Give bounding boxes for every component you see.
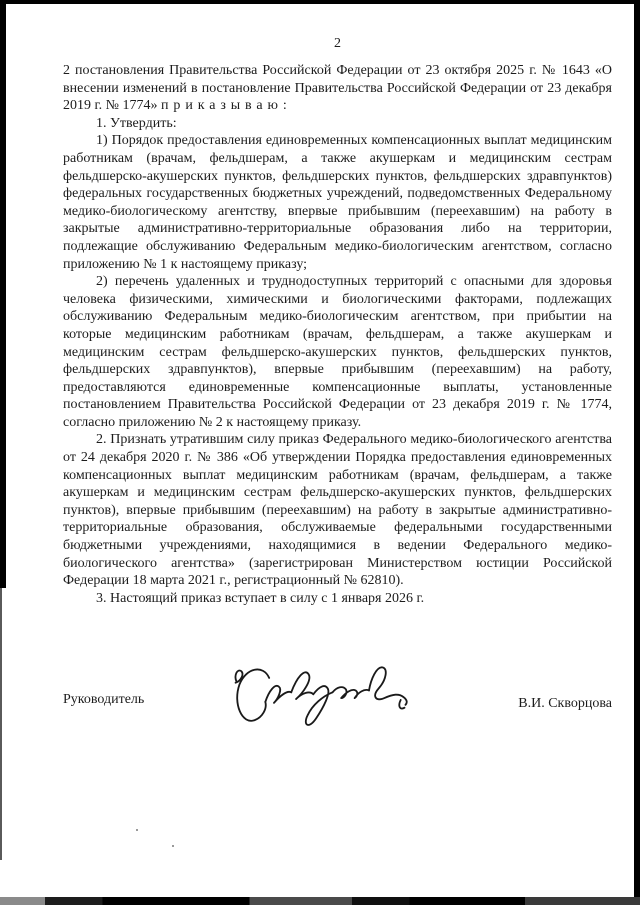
- handwritten-signature: [223, 652, 419, 748]
- paragraph-2: 2. Признать утратившим силу приказ Федер…: [63, 431, 612, 589]
- paragraph-3: 3. Настоящий приказ вступает в силу с 1 …: [63, 590, 612, 608]
- intro-text: 2 постановления Правительства Российской…: [63, 63, 612, 113]
- scan-edge-bottom: [0, 897, 640, 905]
- page-number: 2: [63, 36, 612, 52]
- signatory-name: В.И. Скворцова: [518, 696, 612, 712]
- order-verb-spaced: приказываю:: [161, 98, 292, 113]
- scanned-document-page: 2 2 постановления Правительства Российск…: [0, 0, 640, 905]
- signatory-role: Руководитель: [63, 692, 144, 708]
- scan-edge-top: [0, 0, 640, 4]
- paragraph-item-1: 1) Порядок предоставления единовременных…: [63, 132, 612, 273]
- paragraph-item-2: 2) перечень удаленных и труднодоступных …: [63, 273, 612, 431]
- scan-edge-left: [0, 0, 6, 588]
- document-body: 2 постановления Правительства Российской…: [63, 62, 612, 607]
- scan-edge-right: [634, 0, 640, 905]
- scan-edge-left-lower: [0, 588, 2, 860]
- scan-noise-speck: [136, 829, 138, 831]
- paragraph-intro: 2 постановления Правительства Российской…: [63, 62, 612, 115]
- scan-noise-speck: [172, 845, 174, 847]
- paragraph-approve: 1. Утвердить:: [63, 115, 612, 133]
